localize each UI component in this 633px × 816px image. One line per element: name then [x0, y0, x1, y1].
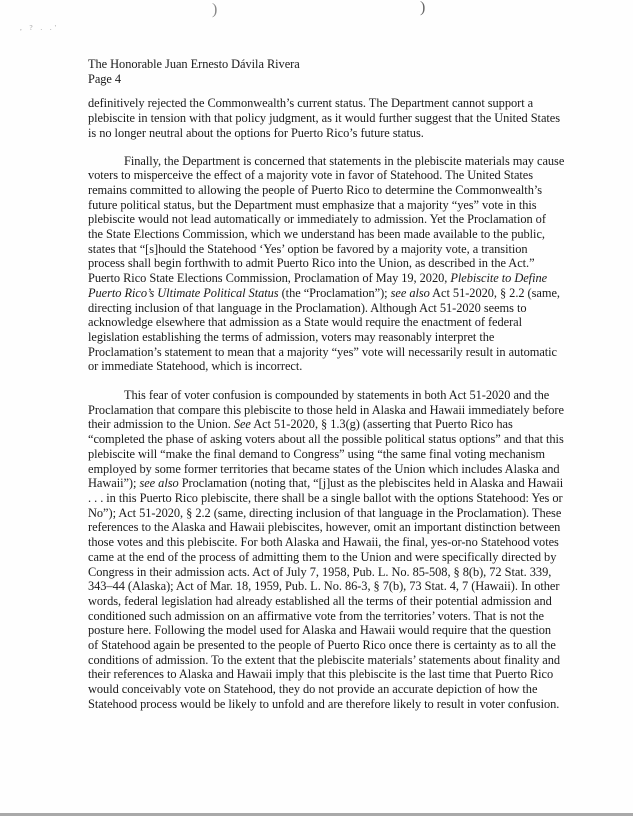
text-line: or immediate Statehood, which is incorre…: [88, 359, 558, 374]
text-line: 343–44 (Alaska); Act of Mar. 18, 1959, P…: [88, 579, 558, 594]
text-line: directing inclusion of that language in …: [88, 301, 558, 316]
text-line: definitively rejected the Commonwealth’s…: [88, 96, 558, 111]
scan-artifact-mark: ): [420, 0, 425, 16]
text-line: legislation establishing the terms of ad…: [88, 330, 558, 345]
italic-title: Plebiscite to Define: [450, 271, 547, 285]
signal-see: See: [234, 417, 251, 431]
text-line: the State Elections Commission, which we…: [88, 227, 558, 242]
text-line: Hawaii”); see also Proclamation (noting …: [88, 476, 558, 491]
text-line: states that “[s]hould the Statehood ‘Yes…: [88, 242, 558, 257]
text-line: voters to misperceive the effect of a ma…: [88, 168, 558, 183]
document-page: ) ) , ? . .' The Honorable Juan Ernesto …: [0, 0, 633, 813]
text-line: Congress in their admission acts. Act of…: [88, 565, 558, 580]
text-line: employed by some former territories that…: [88, 462, 558, 477]
text-line: is no longer neutral about the options f…: [88, 126, 558, 141]
italic-title: Puerto Rico’s Ultimate Political Status: [88, 286, 279, 300]
text-line: “completed the phase of asking voters ab…: [88, 432, 558, 447]
paragraph: Finally, the Department is concerned tha…: [88, 154, 558, 375]
text-line: This fear of voter confusion is compound…: [88, 388, 558, 403]
text-line: posture here. Following the model used f…: [88, 623, 558, 638]
text-line: . . . in this Puerto Rico plebiscite, th…: [88, 491, 558, 506]
text-line: their references to Alaska and Hawaii im…: [88, 667, 558, 682]
text-line: No”); Act 51-2020, § 2.2 (same, directin…: [88, 506, 558, 521]
text-line: references to the Alaska and Hawaii pleb…: [88, 520, 558, 535]
text-line: plebiscite will “make the final demand t…: [88, 447, 558, 462]
page-number: Page 4: [88, 72, 558, 87]
text-line: Finally, the Department is concerned tha…: [88, 154, 558, 169]
paragraph: This fear of voter confusion is compound…: [88, 388, 558, 711]
citation-text: Puerto Rico State Elections Commission, …: [88, 271, 450, 285]
text-line: words, federal legislation had already e…: [88, 594, 558, 609]
text-line: would conceivably vote on Statehood, the…: [88, 682, 558, 697]
text-line: Statehood process would be likely to unf…: [88, 697, 558, 712]
text-line: Proclamation’s statement to mean that a …: [88, 345, 558, 360]
scan-artifact-mark: ): [212, 2, 217, 18]
text-line: conditioned such admission on an affirma…: [88, 609, 558, 624]
text-line: those votes and this plebiscite. For bot…: [88, 535, 558, 550]
paragraph: definitively rejected the Commonwealth’s…: [88, 96, 558, 140]
text-line: their admission to the Union. See Act 51…: [88, 417, 558, 432]
text-line: Puerto Rico’s Ultimate Political Status …: [88, 286, 558, 301]
text-line: future political status, but the Departm…: [88, 198, 558, 213]
text-line: plebiscite in tension with that policy j…: [88, 111, 558, 126]
text-line: acknowledge elsewhere that admission as …: [88, 315, 558, 330]
text-line: Proclamation that compare this plebiscit…: [88, 403, 558, 418]
text-line: came at the end of the process of admitt…: [88, 550, 558, 565]
text-line: process shall begin forthwith to admit P…: [88, 256, 558, 271]
text-line: conditions of admission. To the extent t…: [88, 653, 558, 668]
signal-see-also: see also: [391, 286, 430, 300]
text-line: plebiscite would not lead automatically …: [88, 212, 558, 227]
text-line: Puerto Rico State Elections Commission, …: [88, 271, 558, 286]
scan-artifact-specks: , ? . .': [20, 25, 59, 32]
letter-body: The Honorable Juan Ernesto Dávila Rivera…: [88, 57, 558, 712]
signal-see-also: see also: [139, 476, 178, 490]
recipient-line: The Honorable Juan Ernesto Dávila Rivera: [88, 57, 558, 72]
text-line: remains committed to allowing the people…: [88, 183, 558, 198]
text-line: of Statehood again be presented to the p…: [88, 638, 558, 653]
